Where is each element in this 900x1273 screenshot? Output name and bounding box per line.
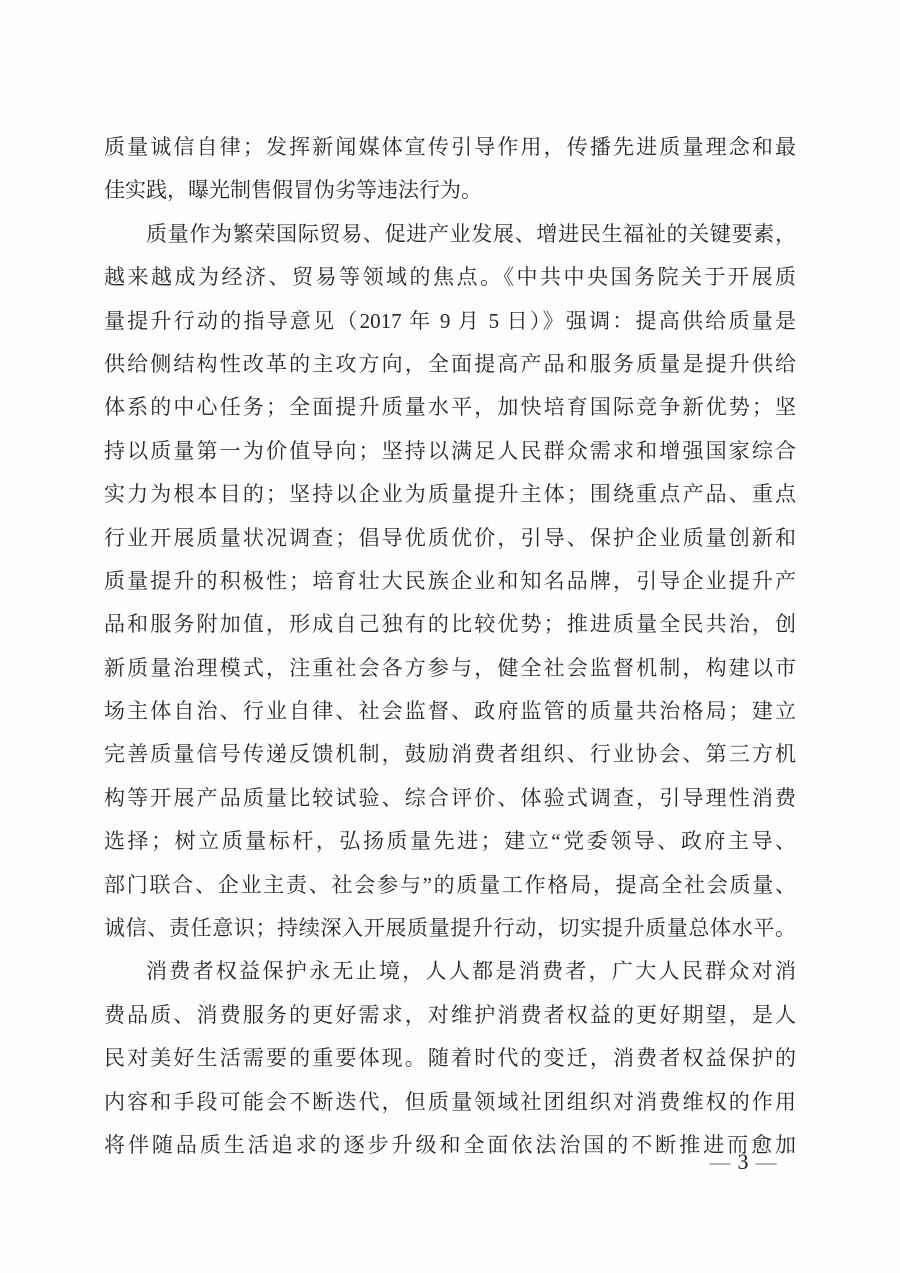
footer-dash-left: —: [703, 1150, 738, 1174]
text-line: 场主体自治、行业自律、社会监督、政府监管的质量共治格局；建立: [104, 690, 796, 733]
document-page: 质量诚信自律；发挥新闻媒体宣传引导作用，传播先进质量理念和最 佳实践，曝光制售假…: [0, 0, 900, 1273]
page-number: 3: [738, 1149, 749, 1174]
text-line: 诚信、责任意识；持续深入开展质量提升行动，切实提升质量总体水平。: [104, 907, 796, 950]
text-line: 持以质量第一为价值导向；坚持以满足人民群众需求和增强国家综合: [104, 430, 796, 473]
text-line: 量提升行动的指导意见（2017 年 9 月 5 日）》强调：提高供给质量是: [104, 300, 796, 343]
text-line: 供给侧结构性改革的主攻方向，全面提高产品和服务质量是提升供给: [104, 343, 796, 386]
text-line: 内容和手段可能会不断迭代，但质量领域社团组织对消费维权的作用: [104, 1081, 796, 1124]
text-line: 质量作为繁荣国际贸易、促进产业发展、增进民生福祉的关键要素，: [104, 213, 796, 256]
text-line: 构等开展产品质量比较试验、综合评价、体验式调查，引导理性消费: [104, 777, 796, 820]
footer-dash-right: —: [749, 1150, 784, 1174]
page-footer: —3—: [688, 1148, 798, 1176]
text-line: 完善质量信号传递反馈机制，鼓励消费者组织、行业协会、第三方机: [104, 733, 796, 776]
text-line: 选择；树立质量标杆，弘扬质量先进；建立“党委领导、政府主导、: [104, 820, 796, 863]
text-line: 新质量治理模式，注重社会各方参与，健全社会监督机制，构建以市: [104, 647, 796, 690]
text-line: 费品质、消费服务的更好需求，对维护消费者权益的更好期望，是人: [104, 994, 796, 1037]
text-line: 民对美好生活需要的重要体现。随着时代的变迁，消费者权益保护的: [104, 1037, 796, 1080]
text-line: 部门联合、企业主责、社会参与”的质量工作格局，提高全社会质量、: [104, 864, 796, 907]
text-line: 行业开展质量状况调查；倡导优质优价，引导、保护企业质量创新和: [104, 517, 796, 560]
text-line: 消费者权益保护永无止境，人人都是消费者，广大人民群众对消: [104, 950, 796, 993]
text-line: 体系的中心任务；全面提升质量水平，加快培育国际竞争新优势；坚: [104, 386, 796, 429]
text-line: 越来越成为经济、贸易等领域的焦点。《中共中央国务院关于开展质: [104, 256, 796, 299]
text-line: 质量提升的积极性；培育壮大民族企业和知名品牌，引导企业提升产: [104, 560, 796, 603]
body-text: 质量诚信自律；发挥新闻媒体宣传引导作用，传播先进质量理念和最 佳实践，曝光制售假…: [104, 126, 796, 1167]
text-line: 佳实践，曝光制售假冒伪劣等违法行为。: [104, 169, 796, 212]
text-line: 品和服务附加值，形成自己独有的比较优势；推进质量全民共治，创: [104, 603, 796, 646]
text-line: 实力为根本目的；坚持以企业为质量提升主体；围绕重点产品、重点: [104, 473, 796, 516]
text-line: 质量诚信自律；发挥新闻媒体宣传引导作用，传播先进质量理念和最: [104, 126, 796, 169]
